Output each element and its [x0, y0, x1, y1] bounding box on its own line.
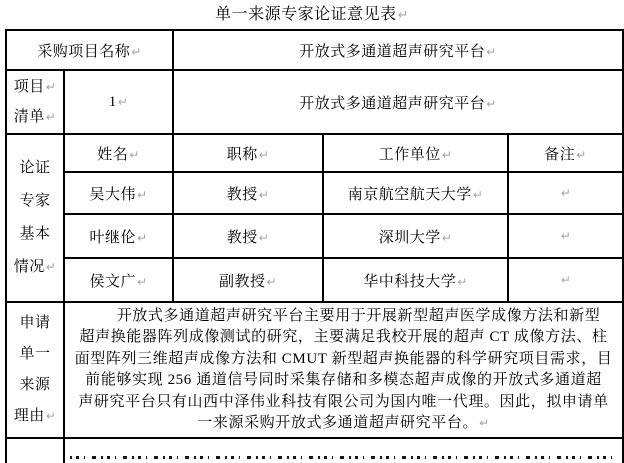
paragraph-mark-icon: ↵: [46, 260, 57, 274]
reason-label-line3: 来源: [7, 370, 63, 401]
project-value: 开放式多通道超声研究平台: [299, 96, 485, 112]
paragraph-mark-icon: ↵: [486, 97, 497, 111]
paragraph-mark-icon: ↵: [46, 409, 57, 423]
paragraph-mark-icon: ↵: [479, 416, 490, 430]
header-note-cell: 备注↵: [508, 134, 623, 172]
expert-3-note-cell: ↵: [508, 258, 623, 302]
clipped-text-top: [70, 456, 618, 459]
paragraph-mark-icon: ↵: [266, 275, 277, 289]
expert-2-note-cell: ↵: [508, 214, 623, 258]
paragraph-mark-icon: ↵: [46, 110, 57, 124]
project-list-label-cell: 项目↵ 清单↵: [6, 70, 64, 134]
header-name-cell: 姓名↵: [64, 134, 173, 172]
expert-1-note-cell: ↵: [508, 172, 623, 214]
experts-label-line3: 基本: [7, 218, 63, 251]
paragraph-mark-icon: ↵: [561, 229, 572, 243]
procurement-name-value-cell: 开放式多通道超声研究平台↵: [173, 30, 623, 70]
reason-line-3: 面型阵列三维超声成像方法和 CMUT 新型超声换能器的科学研究项目需求，目: [65, 349, 622, 371]
expert-3-title-cell: 副教授↵: [173, 258, 323, 302]
expert-3-name-cell: 侯文广↵: [64, 258, 173, 302]
expert-2-unit-cell: 深圳大学↵: [323, 214, 508, 258]
expert-2-title-cell: 教授↵: [173, 214, 323, 258]
paragraph-mark-icon: ↵: [137, 188, 148, 202]
row-expert-headers: 论证 专家 基本 情况↵ 姓名↵ 职称↵ 工作单位↵ 备注↵: [6, 134, 623, 172]
reason-paragraph-cell: 开放式多通道超声研究平台主要用于开展新型超声医学成像方法和新型 超声换能器阵列成…: [64, 302, 623, 438]
expert-unit: 华中科技大学: [363, 274, 456, 290]
header-note: 备注: [544, 147, 575, 163]
reason-line-6: 一来源采购开放式多通道超声研究平台。↵: [65, 413, 622, 435]
expert-1-name-cell: 吴大伟↵: [64, 172, 173, 214]
reason-label-line2: 单一: [7, 339, 63, 370]
project-number-cell: 1↵: [64, 70, 173, 134]
paragraph-mark-icon: ↵: [473, 188, 484, 202]
reason-label-line1: 申请: [7, 308, 63, 339]
paragraph-mark-icon: ↵: [259, 231, 270, 245]
expert-1-title-cell: 教授↵: [173, 172, 323, 214]
expert-unit: 深圳大学: [379, 230, 441, 246]
reason-label-cell: 申请 单一 来源 理由↵: [6, 302, 64, 438]
expert-title: 教授: [227, 230, 258, 246]
reason-line-2: 超声换能器阵列成像测试的研究，主要满足我校开展的超声 CT 成像方法、柱: [65, 327, 622, 349]
row-procurement-name: 采购项目名称↵ 开放式多通道超声研究平台↵: [6, 30, 623, 70]
clipped-label-cell: [6, 438, 64, 463]
header-name: 姓名: [97, 147, 128, 163]
expert-row-2: 叶继伦↵ 教授↵ 深圳大学↵ ↵: [6, 214, 623, 258]
header-unit: 工作单位: [379, 147, 441, 163]
reason-line-5: 声研究平台只有山西中泽伟业科技有限公司为国内唯一代理。因此，拟申请单: [65, 392, 622, 414]
reason-label-line4: 理由↵: [7, 401, 63, 432]
paragraph-mark-icon: ↵: [259, 148, 270, 162]
experts-label-line1: 论证: [7, 152, 63, 185]
project-number: 1: [109, 94, 117, 110]
paragraph-mark-icon: ↵: [118, 95, 129, 109]
header-title: 职称: [227, 147, 258, 163]
paragraph-mark-icon: ↵: [259, 188, 270, 202]
project-value-cell: 开放式多通道超声研究平台↵: [173, 70, 623, 134]
paragraph-mark-icon: ↵: [129, 148, 140, 162]
row-reason: 申请 单一 来源 理由↵ 开放式多通道超声研究平台主要用于开展新型超声医学成像方…: [6, 302, 623, 438]
paragraph-mark-icon: ↵: [442, 231, 453, 245]
expert-unit: 南京航空航天大学: [348, 187, 472, 203]
procurement-name-value: 开放式多通道超声研究平台: [299, 44, 485, 60]
reason-line-1: 开放式多通道超声研究平台主要用于开展新型超声医学成像方法和新型: [65, 306, 622, 328]
expert-name: 叶继伦: [89, 230, 136, 246]
reason-line-4: 前能够实现 256 通道信号同时采集存储和多模态超声成像的开放式多通道超: [65, 370, 622, 392]
procurement-name-label-cell: 采购项目名称↵: [6, 30, 173, 70]
experts-label-line4: 情况↵: [7, 251, 63, 284]
paragraph-mark-icon: ↵: [131, 45, 142, 59]
header-unit-cell: 工作单位↵: [323, 134, 508, 172]
paragraph-mark-icon: ↵: [442, 148, 453, 162]
experts-label-line2: 专家: [7, 185, 63, 218]
paragraph-mark-icon: ↵: [398, 8, 409, 23]
clipped-content-cell: [64, 438, 623, 463]
form-table: 采购项目名称↵ 开放式多通道超声研究平台↵ 项目↵ 清单↵ 1↵ 开放式多通道超…: [5, 29, 624, 463]
paragraph-mark-icon: ↵: [561, 186, 572, 200]
expert-name: 吴大伟: [89, 187, 136, 203]
procurement-name-label: 采购项目名称: [37, 44, 130, 60]
page-title: 单一来源专家论证意见表↵: [0, 4, 624, 27]
paragraph-mark-icon: ↵: [137, 231, 148, 245]
expert-row-1: 吴大伟↵ 教授↵ 南京航空航天大学↵ ↵: [6, 172, 623, 214]
paragraph-mark-icon: ↵: [561, 273, 572, 287]
header-title-cell: 职称↵: [173, 134, 323, 172]
paragraph-mark-icon: ↵: [457, 275, 468, 289]
document-page: 单一来源专家论证意见表↵ 采购项目名称↵ 开放式多通道超声研究平台↵ 项目↵ 清…: [0, 0, 624, 463]
expert-row-3: 侯文广↵ 副教授↵ 华中科技大学↵ ↵: [6, 258, 623, 302]
row-project-list: 项目↵ 清单↵ 1↵ 开放式多通道超声研究平台↵: [6, 70, 623, 134]
paragraph-mark-icon: ↵: [576, 148, 587, 162]
experts-section-label-cell: 论证 专家 基本 情况↵: [6, 134, 64, 302]
paragraph-mark-icon: ↵: [46, 80, 57, 94]
project-list-label-line1: 项目↵: [7, 72, 63, 102]
project-list-label-line2: 清单↵: [7, 102, 63, 132]
row-next-clipped: [6, 438, 623, 463]
expert-3-unit-cell: 华中科技大学↵: [323, 258, 508, 302]
paragraph-mark-icon: ↵: [486, 45, 497, 59]
expert-2-name-cell: 叶继伦↵: [64, 214, 173, 258]
paragraph-mark-icon: ↵: [137, 275, 148, 289]
page-title-text: 单一来源专家论证意见表: [215, 6, 397, 23]
expert-title: 副教授: [219, 274, 266, 290]
expert-name: 侯文广: [89, 274, 136, 290]
expert-1-unit-cell: 南京航空航天大学↵: [323, 172, 508, 214]
expert-title: 教授: [227, 187, 258, 203]
